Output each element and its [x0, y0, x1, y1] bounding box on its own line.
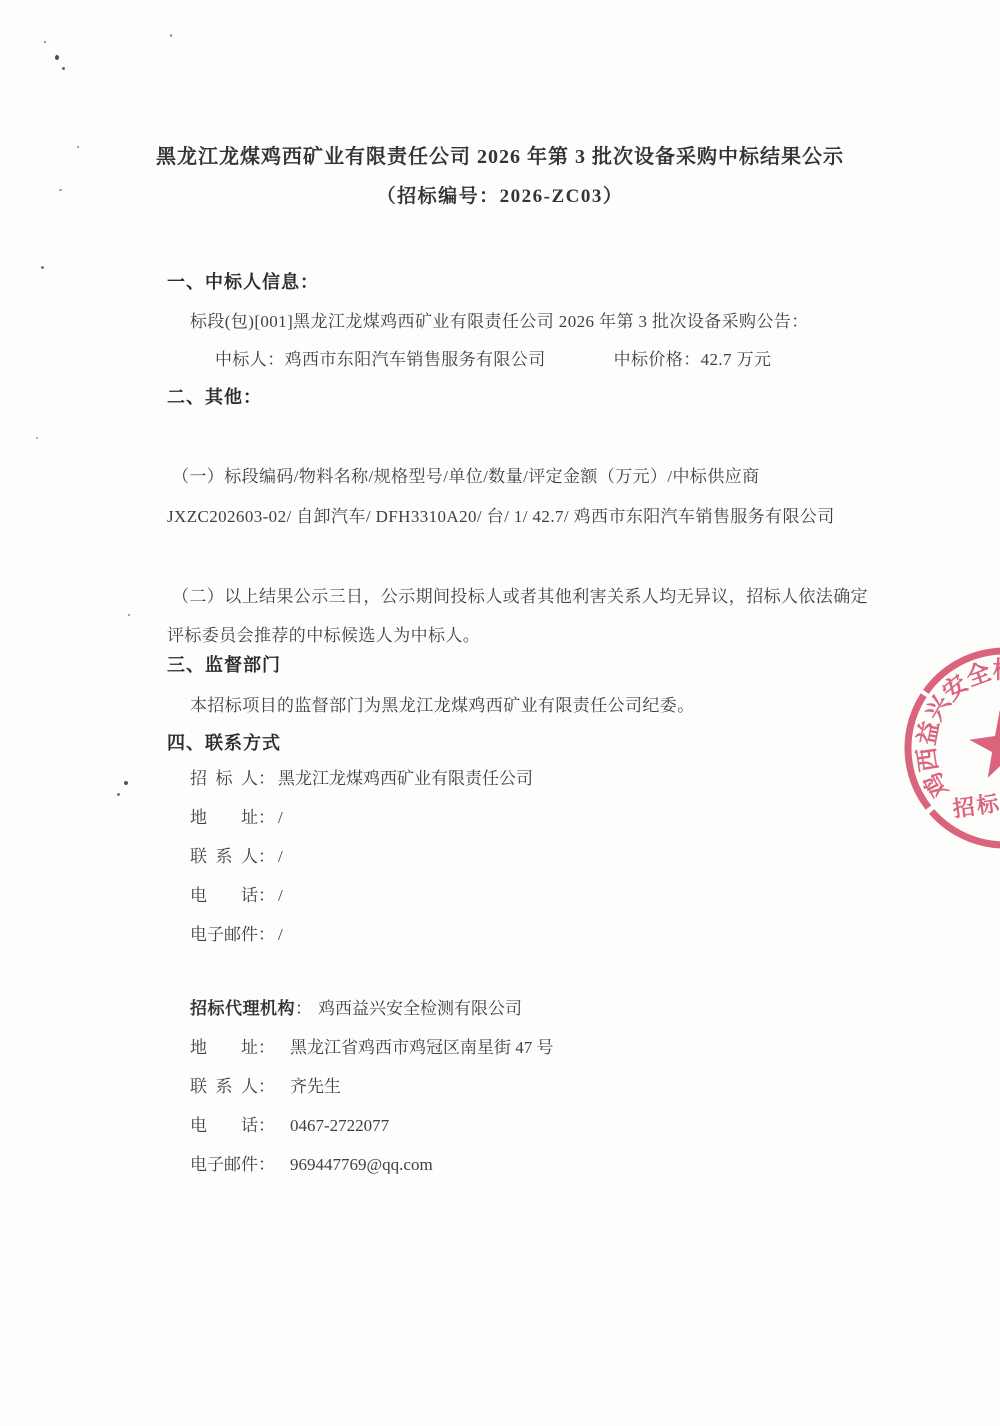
contact-row-person: 联系人：/ [190, 846, 533, 868]
contact-row-email: 电子邮件：969447769@qq.com [190, 1154, 554, 1176]
contact-label: 地址 [190, 807, 258, 829]
winner-line: 中标人：鸡西市东阳汽车销售服务有限公司中标价格：42.7 万元 [215, 345, 771, 370]
winner-value: 鸡西市东阳汽车销售服务有限公司 [285, 350, 546, 369]
colon: ： [258, 1038, 275, 1057]
item2-line1: （二）以上结果公示三日，公示期间投标人或者其他利害关系人均无异议，招标人依法确定 [172, 582, 868, 607]
contact-row-address: 地址：/ [190, 807, 533, 829]
lot-description-line: 标段(包)[001]黑龙江龙煤鸡西矿业有限责任公司 2026 年第 3 批次设备… [190, 307, 809, 332]
colon: ： [258, 1077, 275, 1096]
price-value: 42.7 万元 [701, 350, 772, 369]
document-page: 黑龙江龙煤鸡西矿业有限责任公司 2026 年第 3 批次设备采购中标结果公示 （… [0, 0, 1000, 1426]
colon: ： [258, 1155, 275, 1174]
contact-row-email: 电子邮件：/ [190, 924, 533, 946]
contact-value: / [278, 808, 283, 827]
contact-row-phone: 电话：/ [190, 885, 533, 907]
item2-line2: 评标委员会推荐的中标候选人为中标人。 [167, 621, 480, 646]
scan-speck [55, 55, 59, 60]
winner-label: 中标人： [215, 350, 285, 369]
company-seal-stamp: 鸡西益兴安全检测有限公司 招标专用章 [875, 616, 1000, 884]
item1-data-line: JXZC202603-02/ 自卸汽车/ DFH3310A20/ 台/ 1/ 4… [167, 502, 835, 527]
seal-bottom-text: 招标专用章 [951, 780, 1000, 821]
colon: ： [258, 886, 275, 905]
contact-value: 黑龙江龙煤鸡西矿业有限责任公司 [278, 769, 533, 788]
scan-speck [170, 34, 172, 37]
scan-speck [36, 437, 38, 439]
contact-label: 电子邮件 [190, 1154, 258, 1176]
colon: ： [258, 1116, 275, 1135]
contact-row-person: 联系人：齐先生 [190, 1076, 554, 1098]
agency-contact-block: 招标代理机构：鸡西益兴安全检测有限公司 地址：黑龙江省鸡西市鸡冠区南星街 47 … [190, 998, 554, 1193]
contact-label: 地址 [190, 1037, 258, 1059]
scan-speck [62, 67, 65, 70]
document-title: 黑龙江龙煤鸡西矿业有限责任公司 2026 年第 3 批次设备采购中标结果公示 [0, 140, 1000, 169]
tenderer-contact-block: 招标人：黑龙江龙煤鸡西矿业有限责任公司 地址：/ 联系人：/ 电话：/ 电子邮件… [190, 768, 533, 963]
scan-speck [41, 266, 44, 269]
scan-speck [117, 793, 120, 796]
section3-heading: 三、监督部门 [167, 651, 281, 677]
colon: ： [258, 808, 275, 827]
contact-label: 电子邮件 [190, 924, 258, 946]
contact-value: 0467-2722077 [290, 1116, 389, 1135]
contact-value: 黑龙江省鸡西市鸡冠区南星街 47 号 [290, 1038, 554, 1057]
contact-row-tenderer: 招标人：黑龙江龙煤鸡西矿业有限责任公司 [190, 768, 533, 790]
contact-label: 联系人 [190, 1076, 258, 1098]
colon: ： [258, 925, 275, 944]
item1-header-line: （一）标段编码/物料名称/规格型号/单位/数量/评定金额（万元）/中标供应商 [172, 462, 760, 487]
price-label: 中标价格： [614, 350, 701, 369]
contact-value: / [278, 847, 283, 866]
contact-row-phone: 电话：0467-2722077 [190, 1115, 554, 1137]
contact-value: / [278, 925, 283, 944]
contact-label: 招标人 [190, 768, 258, 790]
supervision-line: 本招标项目的监督部门为黑龙江龙煤鸡西矿业有限责任公司纪委。 [190, 691, 695, 716]
contact-value: 鸡西益兴安全检测有限公司 [318, 999, 522, 1018]
scan-speck [44, 41, 46, 43]
contact-label: 招标代理机构 [190, 998, 295, 1020]
section2-heading: 二、其他： [167, 383, 262, 409]
seal-star-icon [966, 706, 1000, 780]
colon: ： [258, 769, 275, 788]
contact-row-agency: 招标代理机构：鸡西益兴安全检测有限公司 [190, 998, 554, 1020]
document-subtitle: （招标编号：2026-ZC03） [0, 181, 1000, 208]
contact-value: 969447769@qq.com [290, 1155, 433, 1174]
contact-label: 联系人 [190, 846, 258, 868]
section1-heading: 一、中标人信息： [167, 268, 319, 294]
contact-label: 电话 [190, 1115, 258, 1137]
colon: ： [258, 847, 275, 866]
scan-speck [124, 781, 128, 785]
scan-speck [128, 614, 130, 616]
contact-value: / [278, 886, 283, 905]
contact-value: 齐先生 [290, 1077, 341, 1096]
contact-row-address: 地址：黑龙江省鸡西市鸡冠区南星街 47 号 [190, 1037, 554, 1059]
contact-label: 电话 [190, 885, 258, 907]
colon: ： [295, 999, 312, 1018]
section4-heading: 四、联系方式 [167, 729, 281, 755]
